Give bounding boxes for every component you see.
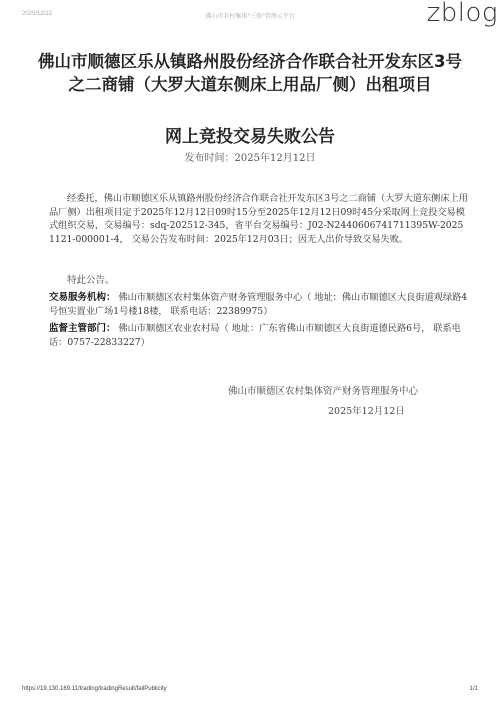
publish-time: 发布时间：2025年12月12日: [0, 149, 500, 164]
supervisor-label: 监督主管部门：: [49, 323, 116, 334]
service-org-label: 交易服务机构：: [49, 292, 116, 303]
closing-remark: 特此公告。: [67, 272, 115, 286]
page-subtitle: 网上竞投交易失败公告: [0, 122, 500, 147]
print-footer-page-number: 1/1: [470, 686, 478, 692]
announcement-body: 经委托，佛山市顺德区乐从镇路州股份经济合作联合社开发东区3号之二商铺（大罗大道东…: [49, 192, 469, 246]
watermark-logo: zblog: [427, 0, 498, 28]
supervisor-info: 监督主管部门： 佛山市顺德区农业农村局（ 地址：广东省佛山市顺德区大良街道德民路…: [49, 322, 469, 349]
signature-org: 佛山市顺德区农村集体资产财务管理服务中心: [228, 383, 418, 397]
print-site-title: 佛山市农村集体"三资"管理云平台: [0, 11, 500, 20]
print-header: 2025/12/12 佛山市农村集体"三资"管理云平台 zblog: [0, 0, 500, 30]
signature-date: 2025年12月12日: [328, 403, 405, 417]
page-title: 佛山市顺德区乐从镇路州股份经济合作联合社开发东区3号之二商铺（大罗大道东侧床上用…: [30, 50, 470, 96]
service-org-info: 交易服务机构： 佛山市顺德区农村集体资产财务管理服务中心（ 地址：佛山市顺德区大…: [49, 291, 469, 318]
print-footer-url: https://19.130.169.11/trading/tradingRes…: [22, 686, 167, 692]
